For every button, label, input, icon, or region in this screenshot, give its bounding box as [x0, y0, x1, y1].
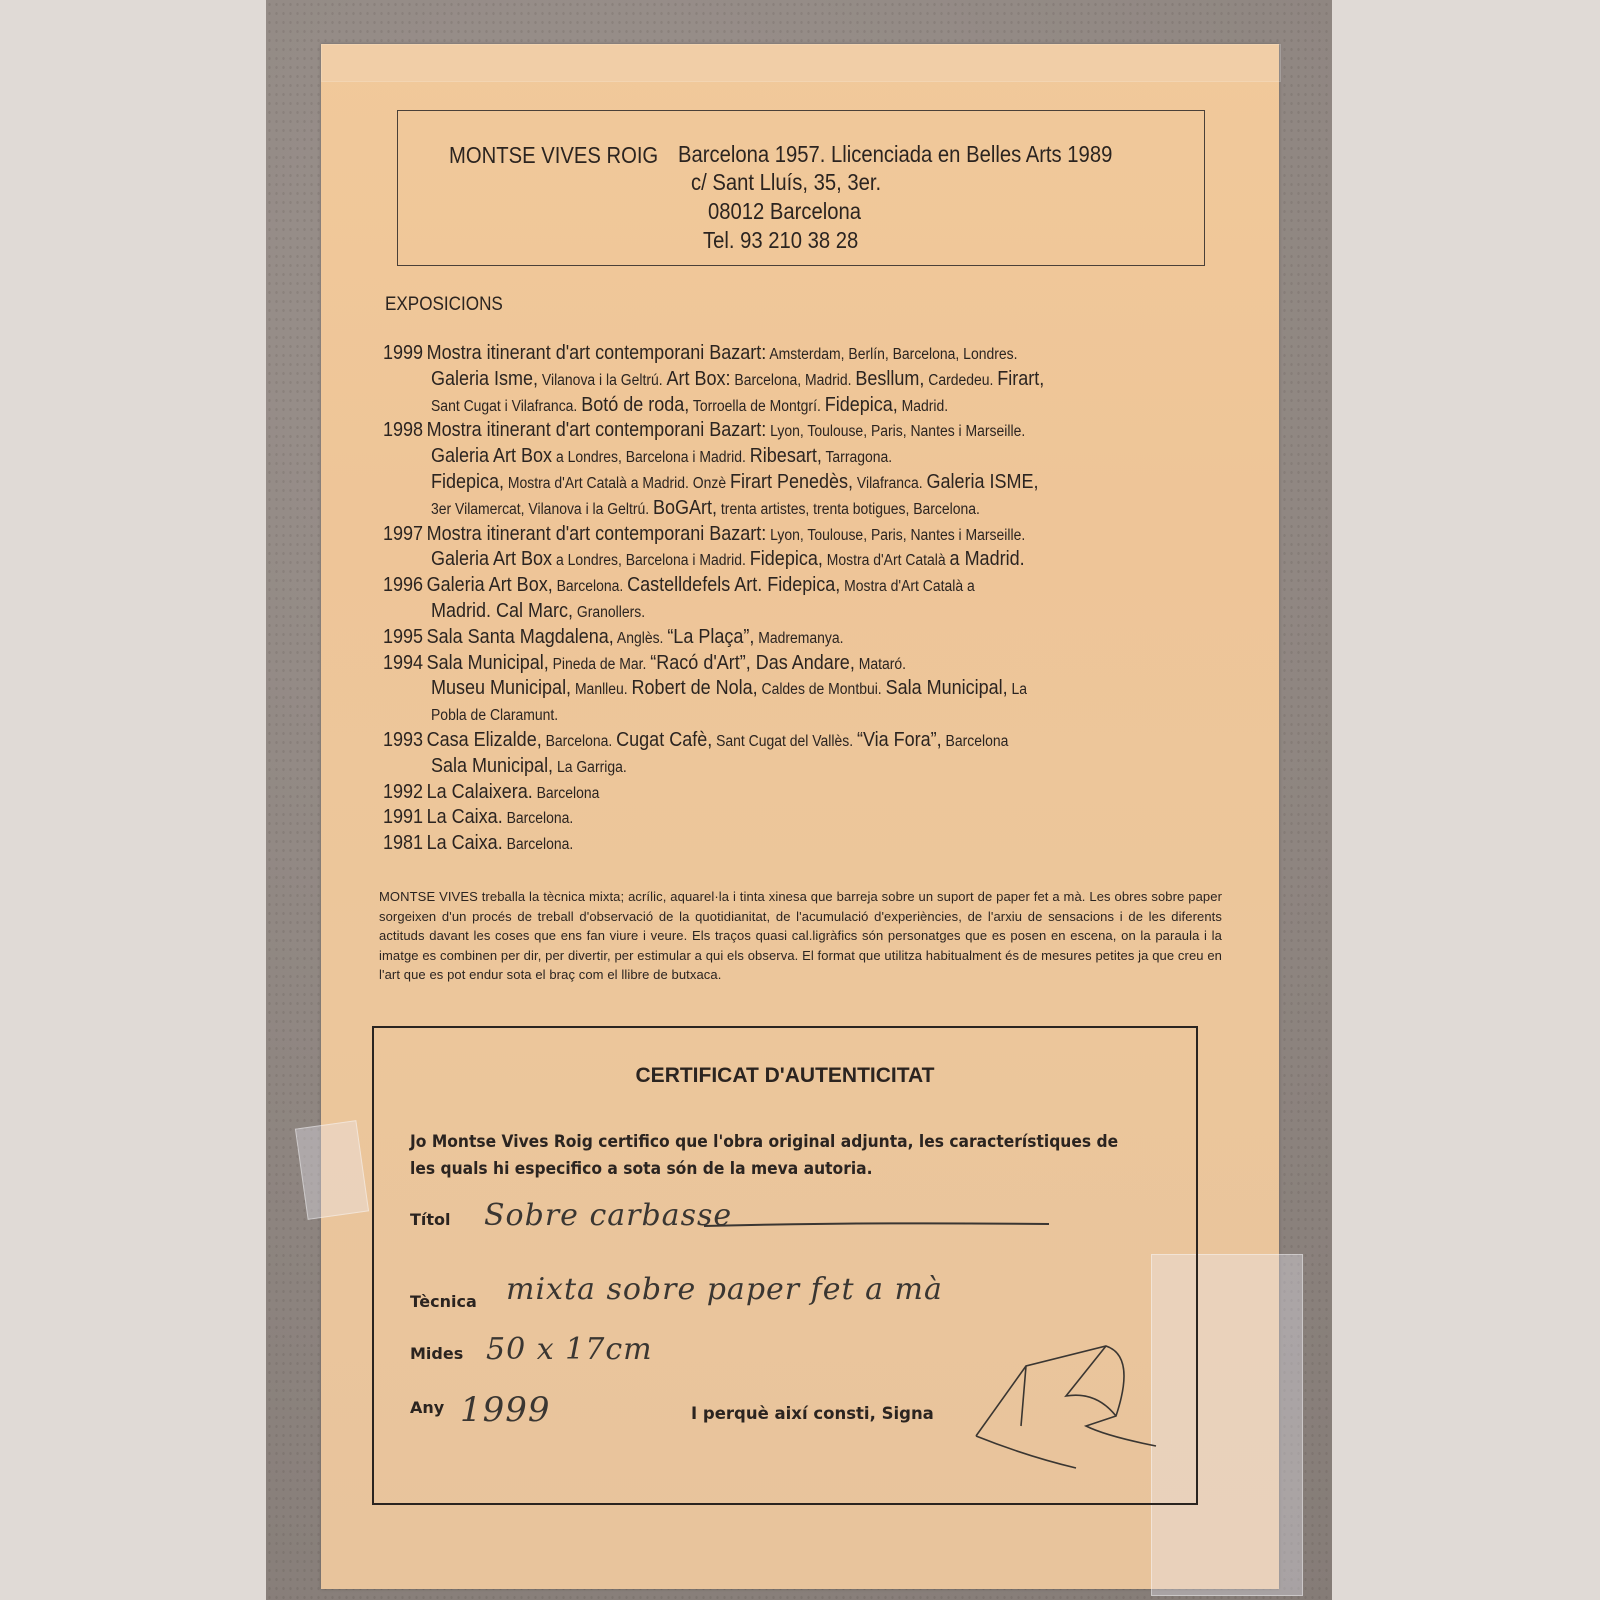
- venue-location: Madrid.: [898, 398, 948, 415]
- certificate-statement: Jo Montse Vives Roig certifico que l'obr…: [410, 1128, 1124, 1182]
- year-label: Any: [410, 1398, 444, 1417]
- venue-location: Torroella de Montgrí.: [689, 398, 824, 415]
- venue-name: Mostra itinerant d'art contemporani Baza…: [427, 419, 767, 441]
- tape-top: [321, 44, 1281, 82]
- venue-location: Lyon, Toulouse, Paris, Nantes i Marseill…: [766, 423, 1025, 440]
- exhibition-year: 1994: [383, 652, 423, 674]
- artist-name: MONTSE VIVES ROIG: [449, 142, 658, 169]
- venue-name: Galeria ISME,: [926, 471, 1038, 493]
- venue-name: Galeria Art Box: [431, 445, 552, 467]
- exhibition-year: 1981: [383, 832, 423, 854]
- venue-location: Barcelona: [533, 785, 600, 802]
- venue-location: 3er Vilamercat, Vilanova i la Geltrú.: [431, 501, 653, 518]
- venue-name: Mostra itinerant d'art contemporani Baza…: [427, 523, 767, 545]
- venue-name: Museu Municipal,: [431, 677, 571, 699]
- venue-name: Sala Santa Magdalena,: [427, 626, 614, 648]
- venue-name: Galeria Isme,: [431, 368, 538, 390]
- exhibition-line: 1992La Calaixera. Barcelona: [383, 781, 599, 804]
- authenticity-certificate: CERTIFICAT D'AUTENTICITAT Jo Montse Vive…: [372, 1026, 1198, 1505]
- exhibition-line: 1996Galeria Art Box, Barcelona. Castelld…: [383, 574, 975, 597]
- year-value-handwritten: 1999: [460, 1390, 551, 1430]
- venue-location: Vilafranca.: [853, 475, 926, 492]
- exhibition-line: 1981La Caixa. Barcelona.: [383, 832, 573, 855]
- venue-location: Barcelona: [942, 733, 1009, 750]
- title-value-handwritten: Sobre carbasse: [484, 1198, 732, 1233]
- title-label: Títol: [410, 1210, 451, 1229]
- venue-name: Sala Municipal,: [886, 677, 1008, 699]
- venue-name: La Caixa.: [427, 806, 503, 828]
- exhibition-year: 1992: [383, 781, 423, 803]
- venue-name: BoGArt,: [653, 497, 717, 519]
- venue-location: Tarragona.: [822, 449, 892, 466]
- venue-name: Fidepica,: [431, 471, 504, 493]
- exhibition-year: 1998: [383, 419, 423, 441]
- venue-location: Manlleu.: [571, 681, 631, 698]
- exhibition-line: 1993Casa Elizalde, Barcelona. Cugat Cafè…: [383, 729, 1008, 752]
- venue-location: Pineda de Mar.: [549, 656, 651, 673]
- size-value-handwritten: 50 x 17cm: [486, 1332, 653, 1367]
- technique-label: Tècnica: [410, 1292, 477, 1311]
- exhibition-year: 1991: [383, 806, 423, 828]
- venue-location: Barcelona.: [553, 578, 627, 595]
- exhibition-year: 1999: [383, 342, 423, 364]
- venue-name: Besllum,: [855, 368, 924, 390]
- venue-name: Sala Municipal,: [431, 755, 553, 777]
- exhibition-line: Sant Cugat i Vilafranca. Botó de roda, T…: [431, 394, 948, 417]
- exhibition-line: Sala Municipal, La Garriga.: [431, 755, 627, 778]
- venue-name: Botó de roda,: [581, 394, 689, 416]
- venue-name: a Madrid.: [950, 548, 1025, 570]
- venue-location: Sant Cugat del Vallès.: [712, 733, 857, 750]
- artist-signature: [966, 1336, 1166, 1476]
- exhibition-line: Museu Municipal, Manlleu. Robert de Nola…: [431, 677, 1027, 700]
- venue-location: Mostra d'Art Català: [823, 552, 950, 569]
- artist-city: 08012 Barcelona: [708, 198, 861, 225]
- venue-name: Ribesart,: [750, 445, 822, 467]
- artist-bio-line: Barcelona 1957. Llicenciada en Belles Ar…: [678, 141, 1112, 168]
- venue-name: Sala Municipal,: [427, 652, 549, 674]
- venue-name: Galeria Art Box: [431, 548, 552, 570]
- artist-statement: MONTSE VIVES treballa la tècnica mixta; …: [379, 887, 1222, 985]
- venue-name: “La Plaça”,: [667, 626, 754, 648]
- venue-name: La Caixa.: [427, 832, 503, 854]
- venue-name: Mostra itinerant d'art contemporani Baza…: [427, 342, 767, 364]
- venue-name: Robert de Nola,: [632, 677, 758, 699]
- artist-phone: Tel. 93 210 38 28: [703, 227, 858, 254]
- venue-location: La Garriga.: [553, 759, 627, 776]
- certificate-title: CERTIFICAT D'AUTENTICITAT: [374, 1064, 1196, 1088]
- exhibition-line: Pobla de Claramunt.: [431, 703, 558, 726]
- exhibition-line: Fidepica, Mostra d'Art Català a Madrid. …: [431, 471, 1039, 494]
- tape-left: [295, 1120, 369, 1220]
- exhibition-line: 1991La Caixa. Barcelona.: [383, 806, 573, 829]
- venue-location: Vilanova i la Geltrú.: [538, 372, 666, 389]
- exhibition-line: 1999Mostra itinerant d'art contemporani …: [383, 342, 1017, 365]
- venue-name: La Calaixera.: [427, 781, 533, 803]
- venue-location: Mataró.: [855, 656, 906, 673]
- exhibition-line: 1997Mostra itinerant d'art contemporani …: [383, 523, 1025, 546]
- venue-location: Caldes de Montbui.: [758, 681, 886, 698]
- certificate-document: MONTSE VIVES ROIG Barcelona 1957. Llicen…: [321, 44, 1279, 1589]
- size-label: Mides: [410, 1344, 463, 1363]
- venue-name: Firart,: [997, 368, 1044, 390]
- venue-location: Mostra d'Art Català a: [840, 578, 974, 595]
- venue-location: La: [1008, 681, 1027, 698]
- venue-name: Casa Elizalde,: [427, 729, 542, 751]
- exhibition-line: 1995Sala Santa Magdalena, Anglès. “La Pl…: [383, 626, 844, 649]
- venue-location: Barcelona, Madrid.: [731, 372, 856, 389]
- venue-location: Granollers.: [573, 604, 645, 621]
- venue-location: Amsterdam, Berlín, Barcelona, Londres.: [766, 346, 1017, 363]
- exhibition-year: 1993: [383, 729, 423, 751]
- venue-name: Galeria Art Box,: [427, 574, 553, 596]
- artist-address: c/ Sant Lluís, 35, 3er.: [691, 169, 881, 196]
- signature-prompt: I perquè així consti, Signa: [691, 1404, 934, 1423]
- venue-location: Barcelona.: [542, 733, 616, 750]
- venue-location: Cardedeu.: [924, 372, 997, 389]
- venue-name: “Racó d'Art”, Das Andare,: [650, 652, 855, 674]
- exhibition-line: 1998Mostra itinerant d'art contemporani …: [383, 419, 1025, 442]
- venue-location: a Londres, Barcelona i Madrid.: [552, 552, 750, 569]
- exhibition-line: Galeria Isme, Vilanova i la Geltrú. Art …: [431, 368, 1044, 391]
- exhibitions-title: EXPOSICIONS: [385, 294, 503, 316]
- venue-name: Madrid. Cal Marc,: [431, 600, 573, 622]
- venue-name: “Via Fora”,: [857, 729, 942, 751]
- exhibition-line: Madrid. Cal Marc, Granollers.: [431, 600, 645, 623]
- venue-location: Pobla de Claramunt.: [431, 707, 558, 724]
- venue-name: Firart Penedès,: [730, 471, 853, 493]
- venue-name: Art Box:: [667, 368, 731, 390]
- exhibition-line: Galeria Art Box a Londres, Barcelona i M…: [431, 445, 892, 468]
- exhibition-year: 1997: [383, 523, 423, 545]
- venue-location: trenta artistes, trenta botigues, Barcel…: [717, 501, 980, 518]
- venue-location: Barcelona.: [503, 836, 574, 853]
- exhibition-line: Galeria Art Box a Londres, Barcelona i M…: [431, 548, 1025, 571]
- venue-location: Anglès.: [614, 630, 668, 647]
- exhibition-year: 1995: [383, 626, 423, 648]
- title-underline-stroke: [704, 1218, 1054, 1232]
- venue-location: Lyon, Toulouse, Paris, Nantes i Marseill…: [766, 527, 1025, 544]
- venue-name: Fidepica,: [750, 548, 823, 570]
- venue-location: Barcelona.: [503, 810, 574, 827]
- venue-name: Fidepica,: [825, 394, 898, 416]
- venue-location: Sant Cugat i Vilafranca.: [431, 398, 581, 415]
- venue-location: a Londres, Barcelona i Madrid.: [552, 449, 750, 466]
- venue-name: Castelldefels Art. Fidepica,: [627, 574, 840, 596]
- venue-name: Cugat Cafè,: [616, 729, 712, 751]
- exhibition-line: 3er Vilamercat, Vilanova i la Geltrú. Bo…: [431, 497, 980, 520]
- venue-location: Mostra d'Art Català a Madrid. Onzè: [504, 475, 730, 492]
- technique-value-handwritten: mixta sobre paper fet a mà: [506, 1272, 943, 1307]
- exhibition-line: 1994Sala Municipal, Pineda de Mar. “Racó…: [383, 652, 906, 675]
- exhibition-year: 1996: [383, 574, 423, 596]
- venue-location: Madremanya.: [754, 630, 843, 647]
